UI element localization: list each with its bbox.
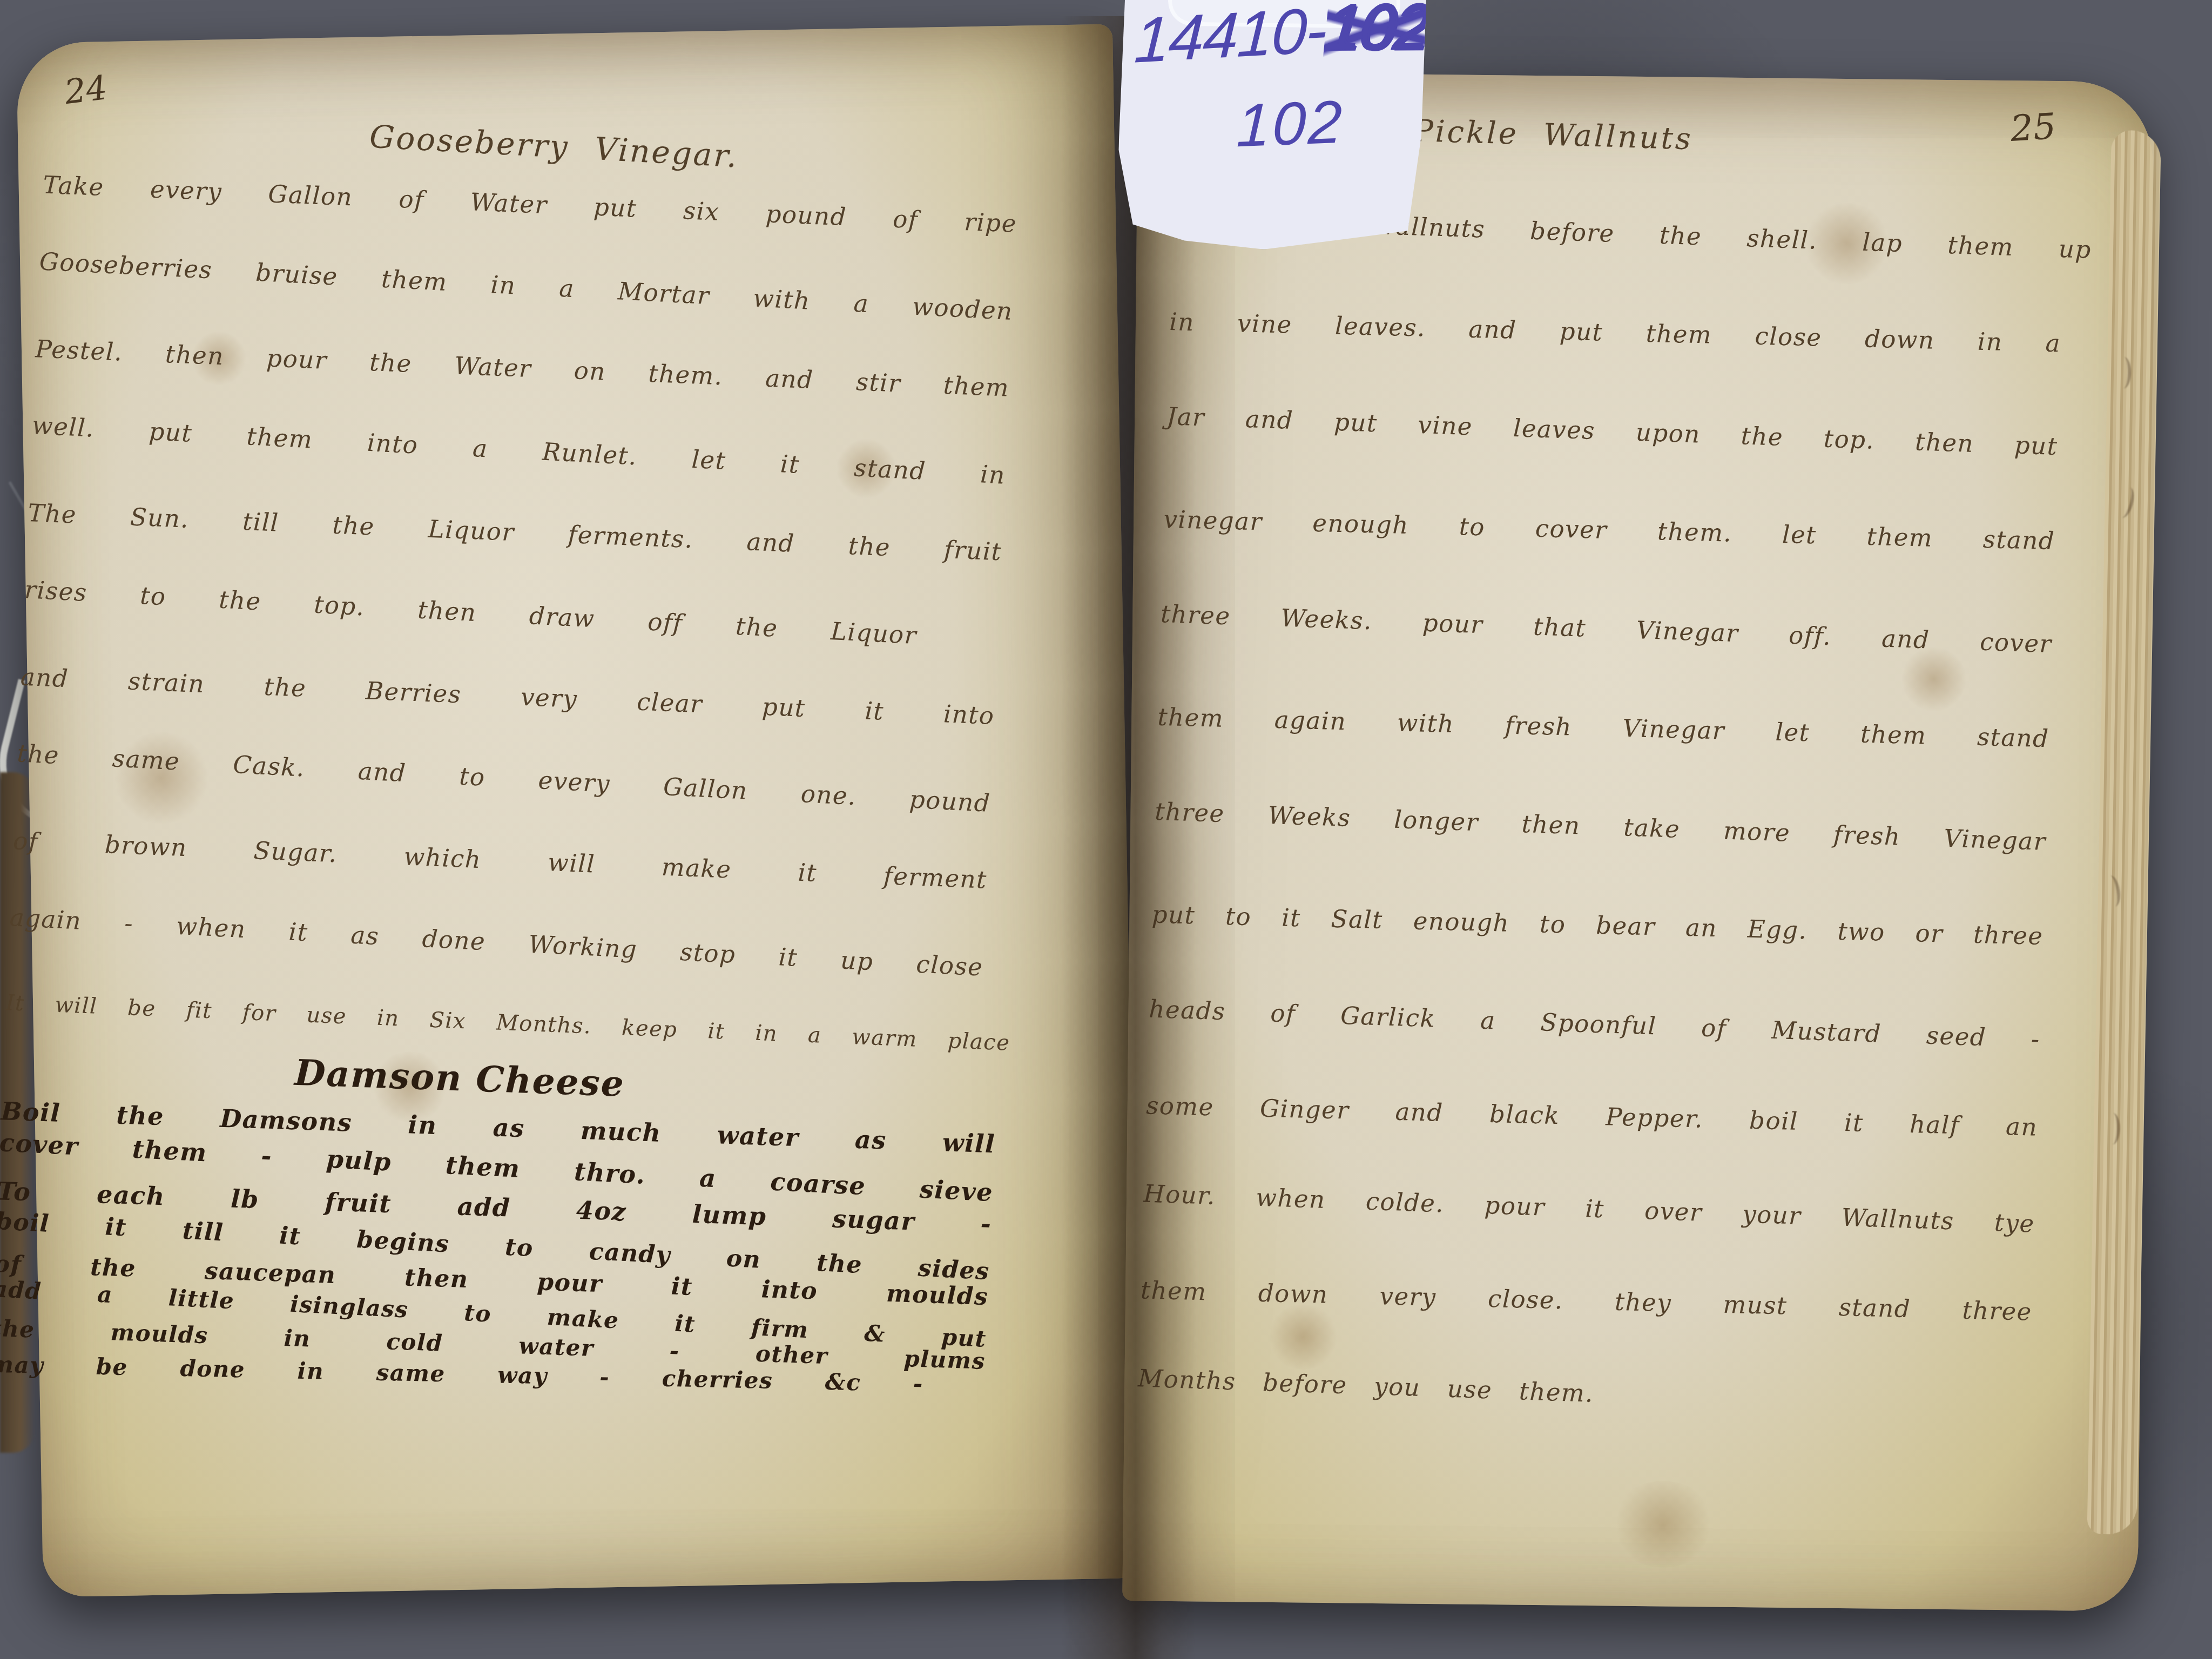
manuscript-line: and strain the Berries very clear put it… bbox=[20, 663, 995, 730]
edge-ink-fragment bbox=[2106, 1113, 2120, 1144]
edge-ink-fragment bbox=[2115, 485, 2137, 520]
gooseberry-vinegar-recipe: Take every Gallon of Water put six pound… bbox=[5, 168, 1058, 1059]
manuscript-line: It will be fit for use in Six Months. ke… bbox=[5, 990, 1011, 1056]
pickle-wallnuts-recipe: Take The Wallnuts before the shell. lap … bbox=[1137, 206, 2101, 1422]
manuscript-line: Gooseberries bruise them in a Mortar wit… bbox=[39, 247, 1014, 326]
recipe-title-gooseberry-vinegar: Gooseberry Vinegar. bbox=[368, 118, 1061, 192]
edge-ink-fragment bbox=[2103, 874, 2122, 907]
manuscript-line: of brown Sugar. which will make it ferme… bbox=[12, 826, 987, 894]
manuscript-line: three Weeks. pour that Vinegar off. and … bbox=[1160, 599, 2052, 658]
damson-cheese-recipe: Boil the Damsons in as much water as wil… bbox=[0, 1090, 1016, 1412]
label-code: 14410-102 bbox=[1132, 0, 1431, 78]
stain bbox=[1609, 1481, 1718, 1568]
manuscript-line: the same Cask. and to every Gallon one. … bbox=[16, 739, 991, 818]
manuscript-line: rises to the top. then draw off the Liqu… bbox=[24, 575, 918, 650]
edge-ink-fragment bbox=[2117, 357, 2132, 388]
manuscript-line: again - when it as done Working stop it … bbox=[9, 903, 984, 982]
manuscript-line: Jar and put vine leaves upon the top. th… bbox=[1166, 402, 2058, 461]
page-stack-edge bbox=[2087, 130, 2161, 1535]
right-page-text: Pickle Wallnuts Take The Wallnuts before… bbox=[1136, 106, 2105, 1486]
label-code-correction: 102 bbox=[1236, 87, 1345, 161]
manuscript-line: heads of Garlick a Spoonful of Mustard s… bbox=[1149, 995, 2041, 1054]
left-page-text: Gooseberry Vinegar. Take every Gallon of… bbox=[0, 106, 1061, 1417]
archival-label: 14410-102 102 bbox=[1117, 0, 1427, 252]
manuscript-line: them down very close. they must stand th… bbox=[1141, 1276, 2033, 1326]
label-code-scribbled: 102 bbox=[1323, 0, 1433, 64]
manuscript-photo: 24 Gooseberry Vinegar. Take every Gallon… bbox=[0, 0, 2212, 1659]
manuscript-line: vinegar enough to cover them. let them s… bbox=[1163, 505, 2055, 555]
label-code-prefix: 14410- bbox=[1132, 0, 1327, 77]
manuscript-line: Pestel. then pour the Water on them. and… bbox=[35, 334, 1010, 402]
manuscript-line: three Weeks longer then take more fresh … bbox=[1155, 797, 2047, 856]
manuscript-line: them again with fresh Vinegar let them s… bbox=[1157, 703, 2049, 753]
manuscript-line: put to it Salt enough to bear an Egg. tw… bbox=[1151, 900, 2044, 950]
left-page: 24 Gooseberry Vinegar. Take every Gallon… bbox=[16, 24, 1139, 1597]
manuscript-line: Months before you use them. bbox=[1137, 1364, 2029, 1422]
recipe-title-pickle-wallnuts: Pickle Wallnuts bbox=[1412, 113, 2104, 169]
manuscript-line: some Ginger and black Pepper. boil it ha… bbox=[1146, 1091, 2038, 1141]
right-page: 25 Pickle Wallnuts Take The Wallnuts bef… bbox=[1122, 71, 2154, 1611]
manuscript-line: in vine leaves. and put them close down … bbox=[1169, 307, 2061, 358]
manuscript-line: well. put them into a Runlet. let it sta… bbox=[31, 411, 1006, 490]
left-page-number: 24 bbox=[62, 68, 109, 112]
manuscript-line: The Sun. till the Liquor ferments. and t… bbox=[28, 498, 1002, 566]
manuscript-line: Hour. when colde. pour it over your Wall… bbox=[1143, 1179, 2035, 1238]
